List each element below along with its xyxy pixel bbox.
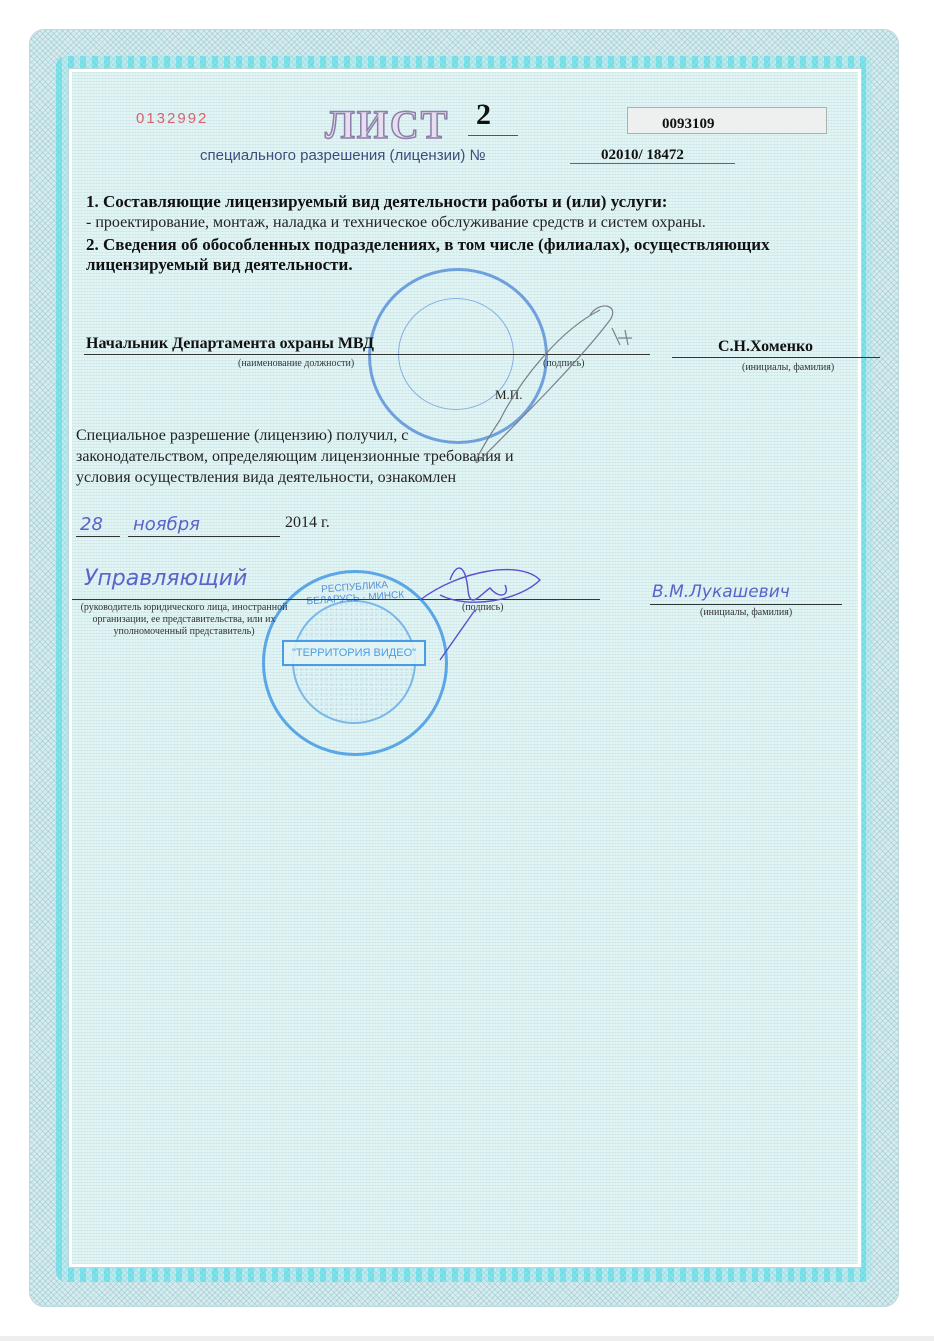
license-label: специального разрешения (лицензии) № [200, 147, 486, 164]
sheet-title: ЛИСТ [325, 101, 449, 148]
date-month: ноября [133, 514, 200, 535]
recipient-role-line [72, 599, 600, 600]
recipient-name: В.М.Лукашевич [652, 582, 790, 602]
issuer-signature-caption: (подпись) [543, 358, 585, 369]
form-number-box [627, 107, 827, 134]
date-month-line [128, 536, 280, 537]
page-bottom-band [0, 1336, 934, 1341]
sheet-number-underline [468, 135, 518, 136]
seal-label: М.П. [495, 387, 522, 403]
serial-number: 0132992 [136, 110, 208, 127]
issuer-name-caption: (инициалы, фамилия) [742, 362, 834, 373]
date-day: 28 [80, 514, 103, 535]
recipient-name-line [650, 604, 842, 605]
license-number: 02010/ 18472 [601, 147, 684, 164]
acknowledgement-text: Специальное разрешение (лицензию) получи… [76, 425, 516, 488]
section1-item: - проектирование, монтаж, наладка и техн… [86, 213, 706, 233]
date-day-line [76, 536, 120, 537]
form-number: 0093109 [662, 116, 715, 133]
recipient-role-caption: (руководитель юридического лица, иностра… [64, 602, 304, 638]
recipient-role: Управляющий [84, 566, 247, 591]
issuer-position-line [84, 354, 650, 355]
issuer-name: С.Н.Хоменко [718, 338, 813, 356]
issuer-position-caption: (наименование должности) [238, 358, 354, 369]
section1-title: 1. Составляющие лицензируемый вид деятел… [86, 192, 667, 212]
date-year: 2014 г. [285, 514, 330, 532]
company-stamp-ribbon: "ТЕРРИТОРИЯ ВИДЕО" [282, 640, 426, 666]
recipient-name-caption: (инициалы, фамилия) [700, 607, 792, 618]
issuer-position: Начальник Департамента охраны МВД [86, 335, 374, 353]
sheet-number: 2 [476, 98, 491, 132]
issuer-name-line [672, 357, 880, 358]
recipient-signature-caption: (подпись) [462, 602, 504, 613]
